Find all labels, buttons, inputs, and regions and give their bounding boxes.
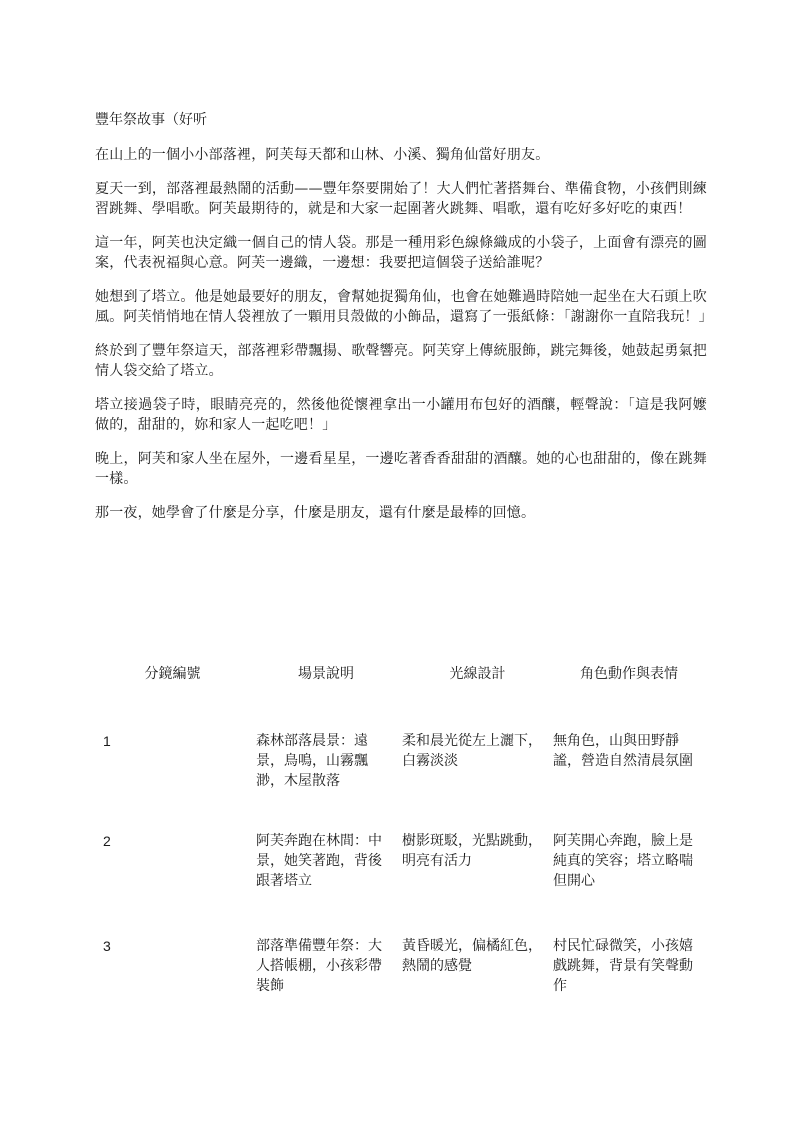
- action-cell: 無角色，山與田野靜謐，營造自然清晨氛圍: [553, 731, 705, 791]
- paragraph: 終於到了豐年祭這天，部落裡彩帶飄揚、歌聲響亮。阿芙穿上傳統服飾，跳完舞後，她鼓起…: [95, 341, 707, 381]
- table-header: 分鏡編號 場景說明 光線設計 角色動作與表情: [95, 664, 715, 684]
- paragraph: 夏天一到，部落裡最熱鬧的活動——豐年祭要開始了！大人們忙著搭舞台、準備食物，小孩…: [95, 179, 707, 219]
- action-cell: 村民忙碌微笑，小孩嬉戲跳舞，背景有笑聲動作: [553, 936, 705, 996]
- header-action: 角色動作與表情: [553, 664, 705, 684]
- table-row: 2 阿芙奔跑在林間：中景，她笑著跑，背後跟著塔立 樹影斑駁，光點跳動，明亮有活力…: [95, 831, 705, 891]
- shot-number: 3: [95, 936, 250, 996]
- shot-number: 1: [95, 731, 250, 791]
- lighting-cell: 黃昏暖光，偏橘紅色，熱鬧的感覺: [402, 936, 553, 996]
- table-row: 3 部落準備豐年祭：大人搭帳棚，小孩彩帶裝飾 黃昏暖光，偏橘紅色，熱鬧的感覺 村…: [95, 936, 705, 996]
- action-cell: 阿芙開心奔跑，臉上是純真的笑容；塔立略喘但開心: [553, 831, 705, 891]
- paragraph: 那一夜，她學會了什麼是分享，什麼是朋友，還有什麼是最棒的回憶。: [95, 503, 707, 523]
- scene-cell: 阿芙奔跑在林間：中景，她笑著跑，背後跟著塔立: [250, 831, 402, 891]
- paragraph: 她想到了塔立。他是她最要好的朋友，會幫她捉獨角仙，也會在她難過時陪她一起坐在大石…: [95, 287, 707, 327]
- lighting-cell: 柔和晨光從左上灑下，白霧淡淡: [402, 731, 553, 791]
- lighting-cell: 樹影斑駁，光點跳動，明亮有活力: [402, 831, 553, 891]
- document-page: 豐年祭故事（好听 在山上的一個小小部落裡，阿芙每天都和山林、小溪、獨角仙當好朋友…: [0, 0, 800, 1130]
- paragraph: 在山上的一個小小部落裡，阿芙每天都和山林、小溪、獨角仙當好朋友。: [95, 145, 707, 165]
- paragraph: 晚上，阿芙和家人坐在屋外，一邊看星星，一邊吃著香香甜甜的酒釀。她的心也甜甜的，像…: [95, 449, 707, 489]
- header-scene: 場景說明: [250, 664, 402, 684]
- story-body: 豐年祭故事（好听 在山上的一個小小部落裡，阿芙每天都和山林、小溪、獨角仙當好朋友…: [95, 110, 707, 537]
- paragraph: 塔立接過袋子時，眼睛亮亮的，然後他從懷裡拿出一小罐用布包好的酒釀，輕聲說：「這是…: [95, 395, 707, 435]
- table-row: 1 森林部落晨景：遠景，鳥鳴，山霧飄渺，木屋散落 柔和晨光從左上灑下，白霧淡淡 …: [95, 731, 705, 791]
- scene-cell: 森林部落晨景：遠景，鳥鳴，山霧飄渺，木屋散落: [250, 731, 402, 791]
- shot-number: 2: [95, 831, 250, 891]
- storyboard-table: 分鏡編號 場景說明 光線設計 角色動作與表情 1 森林部落晨景：遠景，鳥鳴，山霧…: [95, 664, 715, 684]
- paragraph: 這一年，阿芙也決定織一個自己的情人袋。那是一種用彩色線條織成的小袋子，上面會有漂…: [95, 233, 707, 273]
- scene-cell: 部落準備豐年祭：大人搭帳棚，小孩彩帶裝飾: [250, 936, 402, 996]
- header-shot-number: 分鏡編號: [95, 664, 250, 684]
- header-lighting: 光線設計: [402, 664, 553, 684]
- document-title: 豐年祭故事（好听: [95, 110, 707, 130]
